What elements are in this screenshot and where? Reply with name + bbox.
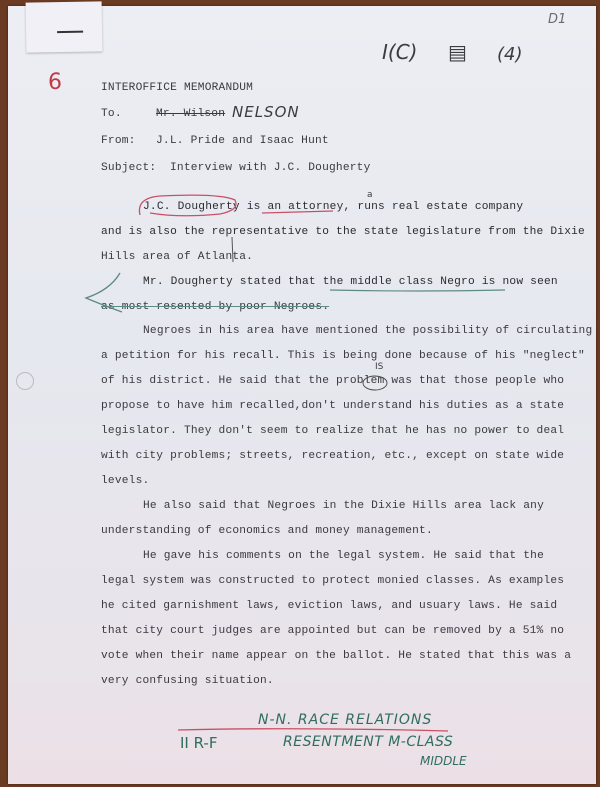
- footer-note-middle: MIDDLE: [420, 754, 467, 768]
- footer-note-race-relations: N-N. RACE RELATIONS: [258, 712, 432, 728]
- ink-markings: [0, 0, 600, 787]
- punch-hole-mark: [16, 372, 34, 390]
- footer-note-resentment: RESENTMENT M-CLASS: [283, 734, 453, 750]
- footer-code: II R-F: [180, 734, 217, 752]
